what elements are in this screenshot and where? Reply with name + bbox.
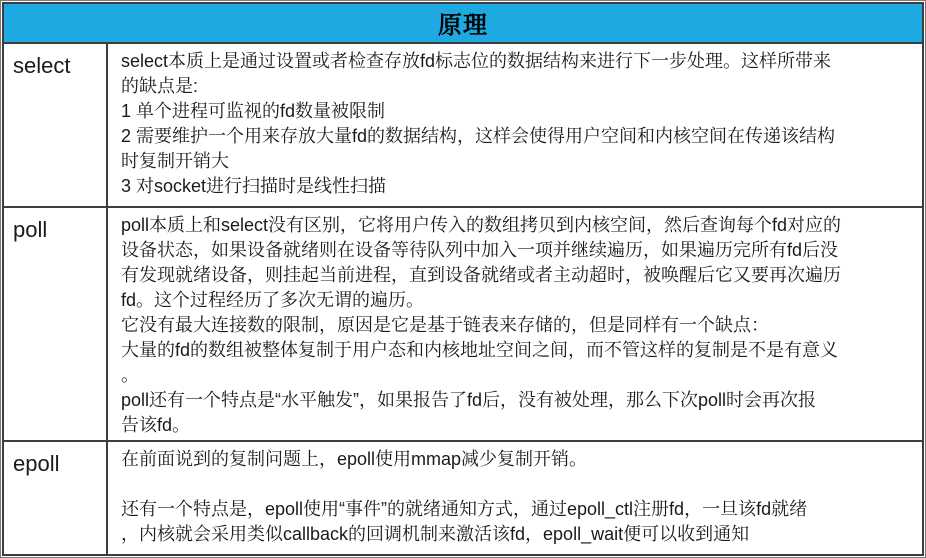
row-label-select: select	[3, 43, 107, 207]
table-row-poll: pollpoll本质上和select没有区别，它将用户传入的数组拷贝到内核空间，…	[3, 207, 923, 441]
row-content-poll: poll本质上和select没有区别，它将用户传入的数组拷贝到内核空间，然后查询…	[107, 207, 923, 441]
text-line: 它没有最大连接数的限制，原因是它是基于链表来存储的，但是同样有一个缺点：	[121, 313, 914, 338]
table-row-epoll: epoll在前面说到的复制问题上，epoll使用mmap减少复制开销。 还有一个…	[3, 441, 923, 555]
text-line: 设备状态，如果设备就绪则在设备等待队列中加入一项并继续遍历，如果遍历完所有fd后…	[121, 238, 914, 263]
row-label-poll: poll	[3, 207, 107, 441]
table-body: selectselect本质上是通过设置或者检查存放fd标志位的数据结构来进行下…	[3, 43, 923, 555]
text-line: poll本质上和select没有区别，它将用户传入的数组拷贝到内核空间，然后查询…	[121, 213, 914, 238]
text-line: 大量的fd的数组被整体复制于用户态和内核地址空间之间，而不管这样的复制是不是有意…	[121, 338, 914, 363]
text-line: ，内核就会采用类似callback的回调机制来激活该fd，epoll_wait便…	[121, 522, 914, 547]
text-line: poll还有一个特点是“水平触发”，如果报告了fd后，没有被处理，那么下次pol…	[121, 388, 914, 413]
table-header-row: 原理	[3, 3, 923, 43]
text-line: fd。这个过程经历了多次无谓的遍历。	[121, 288, 914, 313]
text-line: 有发现就绪设备，则挂起当前进程，直到设备就绪或者主动超时，被唤醒后它又要再次遍历	[121, 263, 914, 288]
text-line: 。	[121, 363, 914, 388]
table-header-title: 原理	[3, 3, 923, 43]
row-content-select: select本质上是通过设置或者检查存放fd标志位的数据结构来进行下一步处理。这…	[107, 43, 923, 207]
text-line: 时复制开销大	[121, 149, 914, 174]
principle-table-wrapper: 原理 selectselect本质上是通过设置或者检查存放fd标志位的数据结构来…	[0, 0, 926, 558]
text-line	[121, 472, 914, 497]
row-content-epoll: 在前面说到的复制问题上，epoll使用mmap减少复制开销。 还有一个特点是，e…	[107, 441, 923, 555]
text-line: 的缺点是:	[121, 74, 914, 99]
text-line: 3 对socket进行扫描时是线性扫描	[121, 174, 914, 199]
text-line: 2 需要维护一个用来存放大量fd的数据结构，这样会使得用户空间和内核空间在传递该…	[121, 124, 914, 149]
text-line: 还有一个特点是，epoll使用“事件”的就绪通知方式，通过epoll_ctl注册…	[121, 497, 914, 522]
row-label-epoll: epoll	[3, 441, 107, 555]
text-line: select本质上是通过设置或者检查存放fd标志位的数据结构来进行下一步处理。这…	[121, 49, 914, 74]
text-line: 1 单个进程可监视的fd数量被限制	[121, 99, 914, 124]
text-line: 告该fd。	[121, 413, 914, 438]
principle-table: 原理 selectselect本质上是通过设置或者检查存放fd标志位的数据结构来…	[2, 2, 924, 556]
text-line: 在前面说到的复制问题上，epoll使用mmap减少复制开销。	[121, 447, 914, 472]
table-row-select: selectselect本质上是通过设置或者检查存放fd标志位的数据结构来进行下…	[3, 43, 923, 207]
